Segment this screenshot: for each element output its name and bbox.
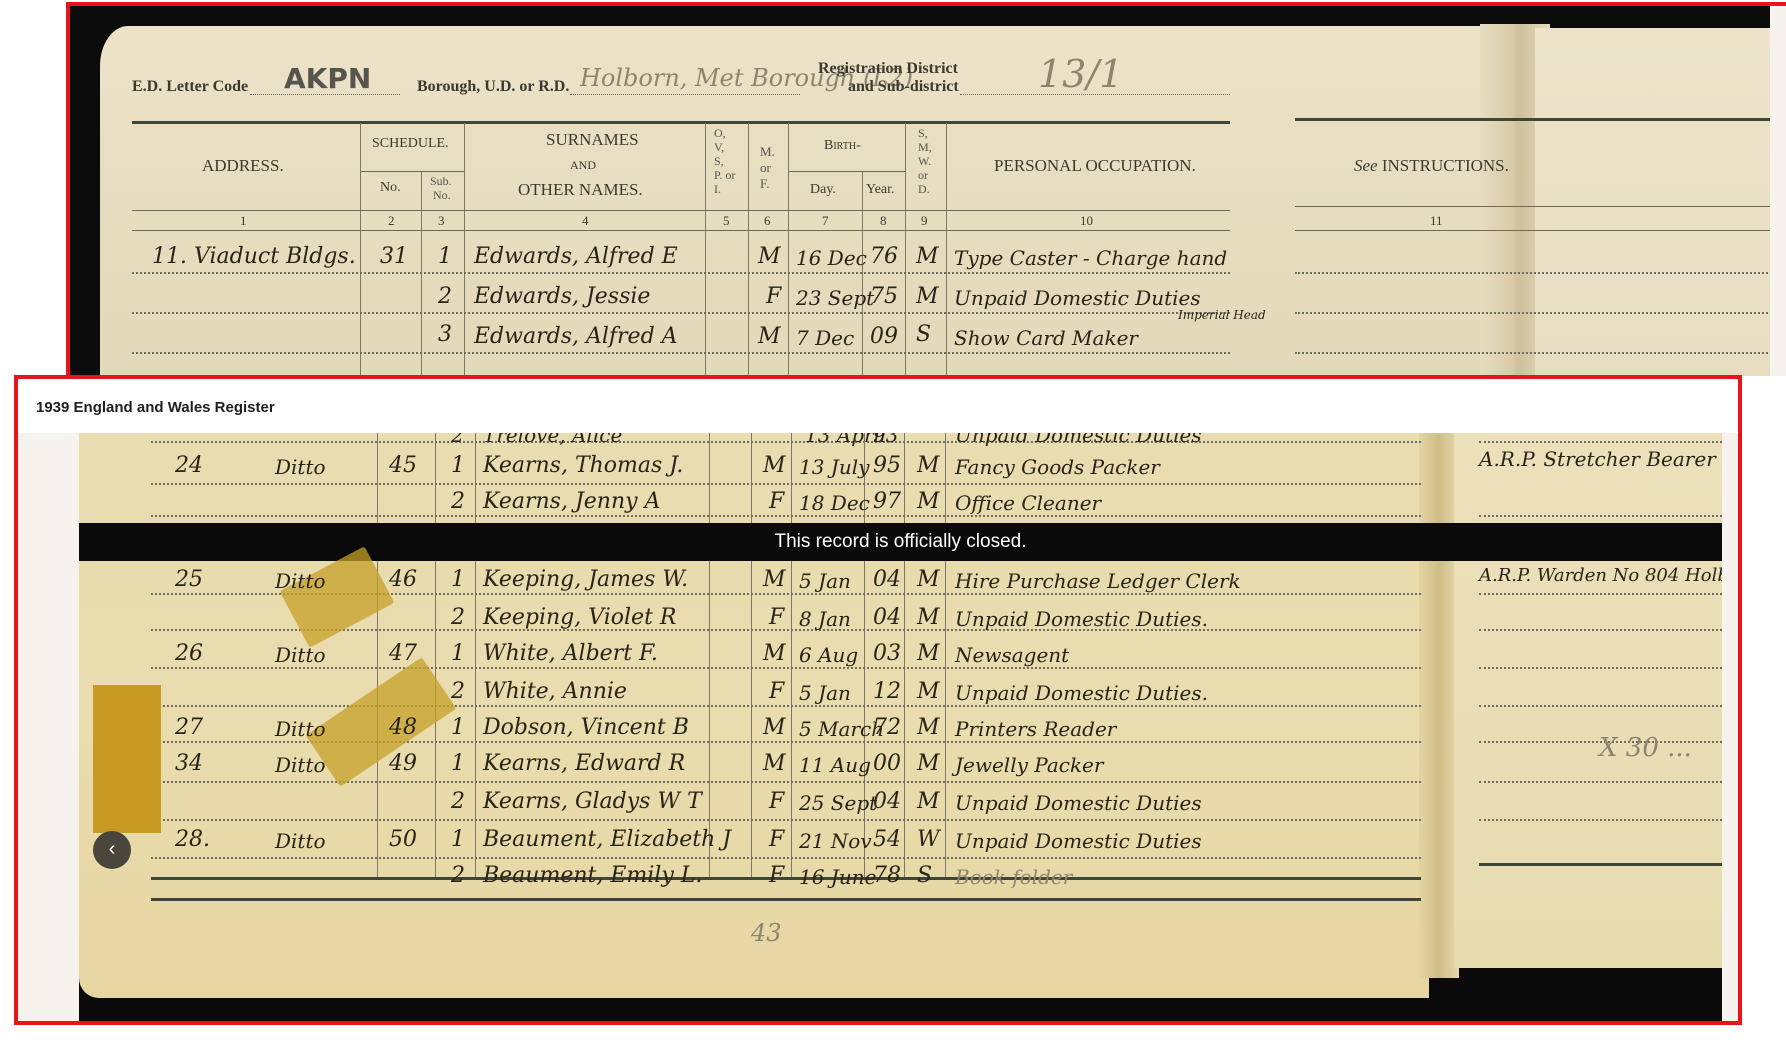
cell-marital: M	[917, 751, 940, 776]
cell-schedule: 49	[389, 751, 417, 776]
cell-schedule: 31	[380, 244, 408, 269]
row-dotline	[1479, 593, 1722, 595]
registration-district-label-1: Registration District	[818, 60, 958, 78]
col-divider	[946, 123, 947, 376]
cell-marital: S	[917, 863, 932, 888]
cell-sex: M	[763, 453, 786, 478]
register-right-page	[1535, 28, 1770, 376]
col-header-sex: M. or F.	[760, 144, 775, 192]
cell-road: Ditto	[275, 829, 326, 853]
cell-road: Ditto	[275, 753, 326, 777]
cell-sex: F	[769, 827, 784, 852]
cell-sub: 2	[451, 679, 465, 704]
col-header-surnames-2: AND	[570, 158, 596, 173]
cell-marital: W	[917, 827, 940, 852]
cell-sub: 2	[438, 284, 452, 309]
cell-sex: M	[763, 715, 786, 740]
row-dotline	[151, 483, 1421, 485]
cell-sub: 3	[438, 322, 452, 347]
tape-mark	[93, 685, 161, 833]
row-dotline	[132, 352, 1230, 354]
cell-occupation: Unpaid Domestic Duties	[955, 829, 1202, 853]
page-number: 43	[751, 919, 782, 947]
cell-birth-day: 13 July	[799, 455, 869, 479]
cell-sex: F	[769, 679, 784, 704]
cell-birth-day: 6 Aug	[799, 643, 858, 667]
cell-birth-year: 09	[870, 324, 898, 349]
cell-sub: 2	[451, 789, 465, 814]
col-divider	[945, 433, 946, 878]
col-header-birth: Birth-	[824, 138, 861, 154]
row-dotline	[132, 312, 1230, 314]
col-divider	[904, 433, 905, 878]
col-header-instructions: See INSTRUCTIONS.	[1354, 156, 1509, 176]
borough-dotline	[570, 94, 800, 95]
col-divider	[748, 123, 749, 376]
cell-sex: F	[769, 789, 784, 814]
cell-birth-year: 97	[873, 489, 901, 514]
col-number: 4	[582, 213, 589, 229]
cell-sub: 1	[451, 453, 465, 478]
ed-letter-code-label: E.D. Letter Code	[132, 78, 248, 96]
cell-occupation: Unpaid Domestic Duties	[954, 286, 1201, 310]
col-number-rule-bottom-right	[1295, 230, 1770, 231]
cell-sex: F	[769, 489, 784, 514]
col-number-rule-top	[132, 210, 1230, 211]
col-divider	[360, 123, 361, 376]
cell-birth-day: 16 Dec	[796, 246, 867, 270]
cell-address: 24	[175, 453, 203, 478]
cell-marital: S	[916, 322, 931, 347]
schedule-subrule	[361, 171, 464, 172]
cell-name: Trelove, Alice	[483, 433, 622, 447]
col-number: 8	[880, 213, 887, 229]
col-header-sub-no-2: No.	[433, 188, 451, 203]
register-scan-top: E.D. Letter Code AKPN Borough, U.D. or R…	[70, 6, 1770, 376]
col-number: 1	[240, 213, 247, 229]
cell-marital: M	[917, 489, 940, 514]
cell-birth-year: 78	[873, 863, 901, 888]
col-number: 7	[822, 213, 829, 229]
cell-sub: 2	[451, 605, 465, 630]
viewer-title-bar: 1939 England and Wales Register	[18, 379, 1738, 433]
cell-name: Beaument, Elizabeth J	[483, 827, 731, 852]
cell-marital: M	[916, 284, 939, 309]
cell-birth-year: 75	[870, 284, 898, 309]
cell-marital: M	[917, 641, 940, 666]
col-number-rule-bottom	[132, 230, 1230, 231]
row-dotline	[1295, 272, 1770, 274]
cell-sex: M	[758, 244, 781, 269]
cell-sub: 1	[451, 567, 465, 592]
cell-marital: M	[917, 789, 940, 814]
cell-marital: M	[917, 715, 940, 740]
cell-birth-year: 12	[873, 679, 901, 704]
register-page-image[interactable]: 2 Trelove, Alice 13 April 93 Unpaid Dome…	[79, 433, 1722, 1025]
col-header-occupation: PERSONAL OCCUPATION.	[994, 156, 1196, 176]
cell-occupation-note: Imperial Head	[1178, 308, 1266, 322]
page-bottom-rule	[151, 898, 1421, 901]
row-dotline	[1479, 705, 1722, 707]
cell-birth-day: 23 Sept	[796, 286, 874, 310]
col-number: 5	[723, 213, 730, 229]
cell-birth-day: 18 Dec	[799, 491, 870, 515]
cell-birth-day: 16 June	[799, 865, 876, 889]
col-divider	[475, 433, 476, 878]
cell-name: Kearns, Gladys W T	[483, 789, 702, 814]
cell-birth-day: 21 Nov	[799, 829, 872, 853]
cell-occupation: Type Caster - Charge hand	[954, 246, 1227, 270]
cell-sex: F	[769, 863, 784, 888]
cell-occupation: Office Cleaner	[955, 491, 1101, 515]
row-dotline	[1295, 352, 1770, 354]
col-header-ovspi: O, V, S, P. or I.	[714, 126, 735, 196]
cell-marital: M	[917, 605, 940, 630]
cell-birth-day: 11 Aug	[799, 753, 871, 777]
borough-label: Borough, U.D. or R.D.	[417, 78, 569, 96]
cell-schedule: 47	[389, 641, 417, 666]
cell-sub: 2	[451, 863, 465, 888]
collection-title: 1939 England and Wales Register	[36, 399, 275, 416]
cell-road: Ditto	[275, 643, 326, 667]
col-header-marital: S, M, W. or D.	[918, 126, 932, 196]
cell-remarks: A.R.P. Warden No 804 Holborn	[1479, 565, 1722, 586]
cell-address: 34	[175, 751, 203, 776]
cell-occupation: Printers Reader	[955, 717, 1116, 741]
col-divider	[464, 123, 465, 376]
cell-address: 26	[175, 641, 203, 666]
cell-occupation: Unpaid Domestic Duties	[955, 791, 1202, 815]
previous-page-button[interactable]: ‹	[93, 831, 131, 869]
col-divider	[705, 123, 706, 376]
record-viewer: 1939 England and Wales Register	[14, 375, 1742, 1025]
cell-name: Dobson, Vincent B	[483, 715, 689, 740]
cell-name: Keeping, James W.	[483, 567, 688, 592]
col-header-address: ADDRESS.	[202, 156, 284, 176]
cell-sub: 1	[451, 715, 465, 740]
register-header-zoom-panel: E.D. Letter Code AKPN Borough, U.D. or R…	[66, 2, 1786, 376]
cell-occupation: Hire Purchase Ledger Clerk	[955, 569, 1241, 593]
cell-road: Ditto	[275, 455, 326, 479]
chevron-left-icon: ‹	[109, 838, 116, 860]
cell-birth-day: 5 Jan	[799, 569, 851, 593]
cell-name: Kearns, Edward R	[483, 751, 685, 776]
cell-birth-year: 76	[870, 244, 898, 269]
cell-birth-day: 8 Jan	[799, 607, 851, 631]
cell-birth-day: 25 Sept	[799, 791, 877, 815]
cell-sex: M	[758, 324, 781, 349]
cell-occupation: Show Card Maker	[954, 326, 1138, 350]
cell-sub: 2	[451, 433, 464, 447]
col-header-surnames-1: SURNAMES	[546, 130, 639, 150]
cell-birth-day: 5 Jan	[799, 681, 851, 705]
row-dotline	[1479, 441, 1722, 443]
cell-birth-year: 03	[873, 641, 901, 666]
birth-subrule	[789, 171, 905, 172]
row-dotline	[151, 705, 1421, 707]
col-header-schedule-no: No.	[380, 180, 401, 196]
cell-name: White, Albert F.	[483, 641, 658, 666]
cell-sex: M	[763, 567, 786, 592]
cell-birth-day: 5 March	[799, 717, 884, 741]
cell-birth-year: 04	[873, 605, 901, 630]
register-right-page	[1454, 433, 1722, 968]
cell-sub: 1	[451, 751, 465, 776]
record-closed-banner: This record is officially closed.	[79, 523, 1722, 561]
row-dotline	[1479, 667, 1722, 669]
cell-name: Beaument, Emily L.	[483, 863, 702, 888]
cell-birth-day: 7 Dec	[796, 326, 854, 350]
cell-birth-year: 00	[873, 751, 901, 776]
cell-birth-year: 04	[873, 567, 901, 592]
row-dotline	[151, 819, 1421, 821]
cell-name: Edwards, Alfred A	[474, 324, 678, 349]
cell-occupation: Unpaid Domestic Duties	[955, 433, 1202, 447]
cell-name: Keeping, Violet R	[483, 605, 676, 630]
cell-sex: M	[763, 641, 786, 666]
col-header-birth-day: Day.	[810, 182, 836, 198]
header-rule-right	[1295, 118, 1770, 121]
cell-name: Edwards, Alfred E	[474, 244, 678, 269]
col-number-rule-top-right	[1295, 206, 1770, 207]
cell-occupation: Unpaid Domestic Duties.	[955, 607, 1208, 631]
cell-marital: M	[917, 453, 940, 478]
cell-road: Ditto	[275, 717, 326, 741]
cell-schedule: 45	[389, 453, 417, 478]
cell-sub: 1	[451, 827, 465, 852]
col-number: 2	[388, 213, 395, 229]
cell-name: Edwards, Jessie	[474, 284, 650, 309]
cell-birth-year: 54	[873, 827, 901, 852]
cell-occupation: Book folder	[955, 865, 1072, 889]
cell-sex: M	[763, 751, 786, 776]
cell-address: 11. Viaduct Bldgs.	[152, 244, 356, 269]
cell-birth-year: 93	[873, 433, 898, 447]
cell-name: White, Annie	[483, 679, 627, 704]
register-left-page	[79, 433, 1429, 998]
cell-remarks: A.R.P. Stretcher Bearer Holborn	[1479, 447, 1722, 471]
col-number: 3	[438, 213, 445, 229]
cell-marital: M	[916, 244, 939, 269]
cell-remarks: X 30 ...	[1599, 733, 1692, 763]
cell-birth-year: 04	[873, 789, 901, 814]
col-header-surnames-3: OTHER NAMES.	[518, 180, 643, 200]
cell-name: Kearns, Jenny A	[483, 489, 660, 514]
cell-birth-year: 95	[873, 453, 901, 478]
col-divider	[751, 433, 752, 878]
cell-sub: 2	[451, 489, 465, 514]
row-dotline	[151, 667, 1421, 669]
col-number: 9	[921, 213, 928, 229]
cell-occupation: Jewelly Packer	[955, 753, 1103, 777]
cell-sex: F	[769, 605, 784, 630]
col-divider	[377, 433, 378, 878]
row-dotline	[1295, 312, 1770, 314]
col-header-schedule: SCHEDULE.	[372, 136, 449, 152]
row-dotline	[151, 515, 1421, 517]
cell-sex: F	[766, 284, 781, 309]
cell-address: 25	[175, 567, 203, 592]
cell-sub: 1	[438, 244, 452, 269]
col-divider	[791, 433, 792, 878]
ed-letter-code-stamp: AKPN	[284, 62, 371, 95]
cell-birth-year: 72	[873, 715, 901, 740]
row-dotline	[151, 857, 1421, 859]
col-number: 10	[1080, 213, 1093, 229]
col-number: 11	[1430, 213, 1443, 229]
cell-address: 27	[175, 715, 203, 740]
row-dotline	[132, 272, 1230, 274]
col-number: 6	[764, 213, 771, 229]
row-dotline	[151, 441, 1421, 443]
row-dotline	[1479, 819, 1722, 821]
cell-occupation: Unpaid Domestic Duties.	[955, 681, 1208, 705]
page-bottom-rule	[1479, 863, 1722, 866]
cell-schedule: 50	[389, 827, 417, 852]
col-divider	[905, 123, 906, 376]
registration-district-label-2: and Sub-district	[848, 78, 959, 96]
cell-address: 28.	[175, 827, 210, 852]
cell-road: Ditto	[275, 569, 326, 593]
cell-schedule: 48	[389, 715, 417, 740]
cell-marital: M	[917, 567, 940, 592]
cell-name: Kearns, Thomas J.	[483, 453, 683, 478]
col-header-sub-no-1: Sub.	[430, 174, 452, 189]
col-divider	[709, 433, 710, 878]
cell-occupation: Newsagent	[955, 643, 1069, 667]
cell-occupation: Fancy Goods Packer	[955, 455, 1160, 479]
col-divider	[788, 123, 789, 376]
col-divider	[435, 433, 436, 878]
header-rule	[132, 121, 1230, 124]
book-gutter	[1419, 433, 1459, 978]
row-dotline	[1479, 629, 1722, 631]
row-dotline	[1479, 781, 1722, 783]
registration-district-value: 13/1	[1038, 52, 1123, 96]
cell-schedule: 46	[389, 567, 417, 592]
row-dotline	[1479, 515, 1722, 517]
cell-marital: M	[917, 679, 940, 704]
cell-sub: 1	[451, 641, 465, 666]
col-header-birth-year: Year.	[866, 182, 895, 198]
page-bottom-rule	[151, 877, 1421, 880]
